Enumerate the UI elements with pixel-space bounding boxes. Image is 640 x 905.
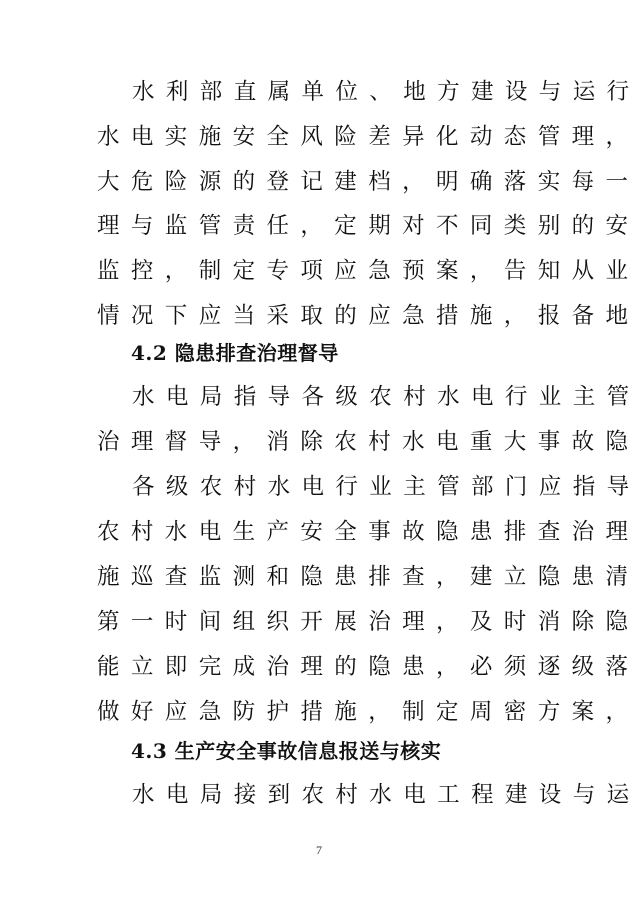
paragraph-line: 监控，制定专项应急预案，告知从业人员和相关人员在紧急	[97, 258, 557, 284]
paragraph-line: 农村水电生产安全事故隐患排查治理制度，定期开展设备设	[97, 519, 557, 545]
paragraph-line: 水电实施安全风险差异化动态管理，实行分级管控，做好重	[97, 124, 557, 150]
paragraph-line: 水利部直属单位、地方建设与运行管理单位应针对农村	[132, 79, 592, 105]
section-heading-4-3: 4.3 生产安全事故信息报送与核实	[131, 739, 441, 763]
paragraph-line: 做好应急防护措施，制定周密方案，限期消除。	[97, 699, 557, 725]
paragraph-line: 第一时间组织开展治理，及时消除隐患；对于情况复杂、不	[97, 609, 557, 635]
paragraph-line: 水电局指导各级农村水电行业主管部门做好隐患排查	[132, 384, 592, 410]
page-number: 7	[316, 843, 322, 858]
paragraph-line: 施巡查监测和隐患排查，建立隐患清单；对发现的安全隐患，	[97, 564, 557, 590]
paragraph-line: 情况下应当采取的应急措施，报备地方人民政府有关部门。	[97, 303, 557, 329]
section-heading-4-2: 4.2 隐患排查治理督导	[131, 341, 339, 365]
paragraph-line: 各级农村水电行业主管部门应指导农村水电工程建立	[132, 474, 592, 500]
paragraph-line: 理与监管责任，定期对不同类别的安全风险进行检测、评估、	[97, 213, 557, 239]
paragraph-line: 治理督导，消除农村水电重大事故隐患。	[97, 429, 557, 455]
paragraph-line: 水电局接到农村水电工程建设与运行过程中发生的生	[132, 782, 592, 808]
paragraph-line: 能立即完成治理的隐患，必须逐级落实责任部门和责任人，	[97, 654, 557, 680]
paragraph-line: 大危险源的登记建档，明确落实每一处重大危险源的安全管	[97, 169, 557, 195]
document-page: 水利部直属单位、地方建设与运行管理单位应针对农村 水电实施安全风险差异化动态管理…	[0, 0, 640, 905]
